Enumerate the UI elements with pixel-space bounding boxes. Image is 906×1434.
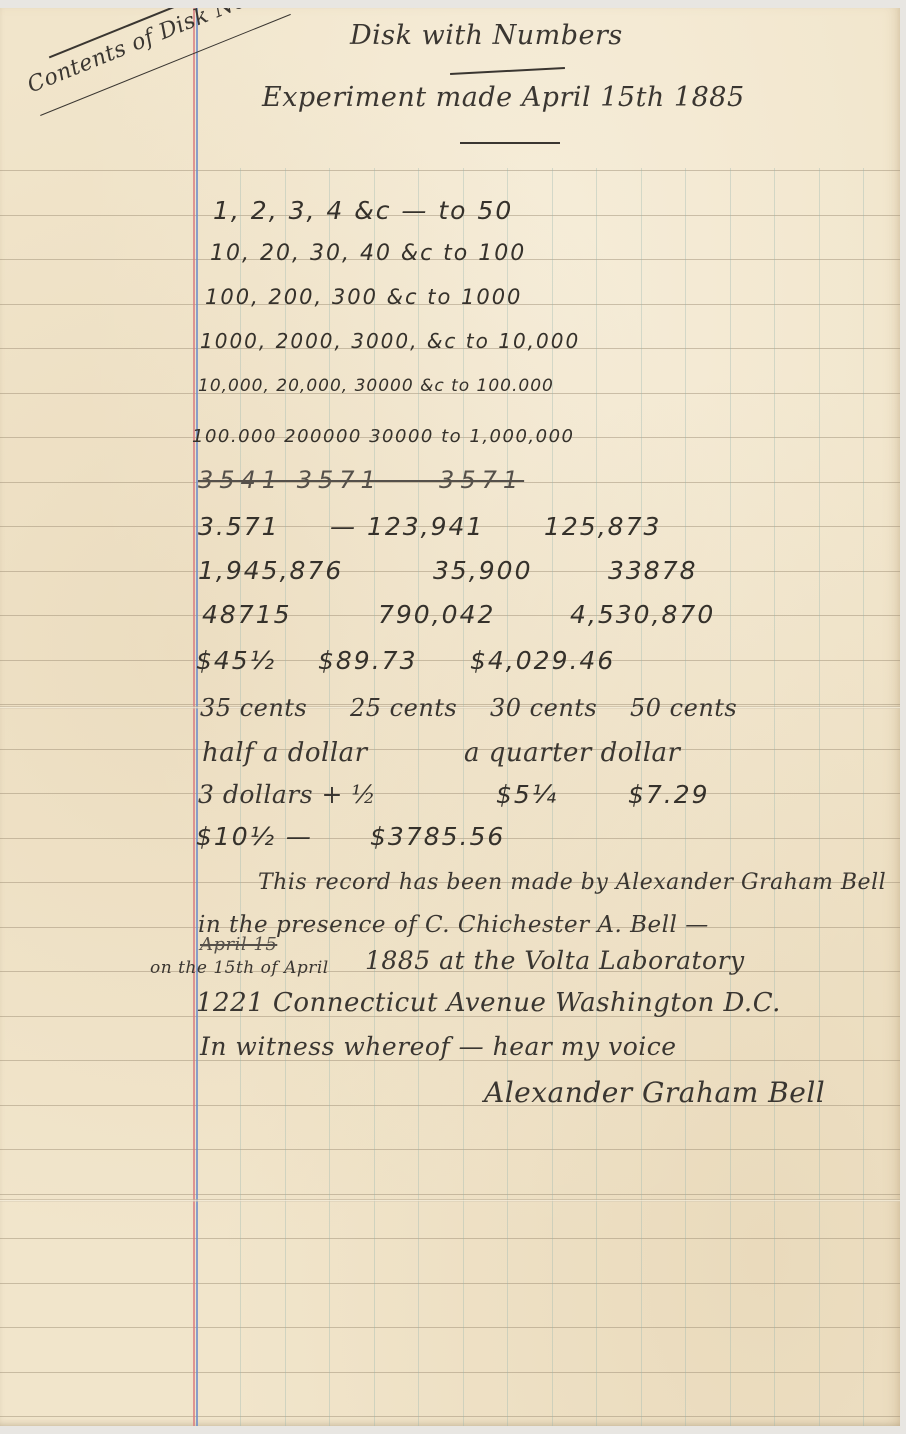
value-cell: $89.73 (318, 646, 417, 675)
paper-fold (0, 1199, 900, 1202)
margin-line-blue (196, 8, 198, 1426)
number-line: 1, 2, 3, 4 &c — to 50 (213, 196, 513, 225)
title-underline (450, 67, 565, 75)
value-cell: 35,900 (433, 556, 532, 585)
ruled-line (0, 1194, 900, 1195)
page-title: Disk with Numbers (350, 20, 623, 51)
grid-line (730, 168, 731, 1426)
attestation-line: 1221 Connecticut Avenue Washington D.C. (196, 988, 781, 1018)
subtitle-underline (460, 142, 560, 144)
value-cell: 48715 (202, 600, 292, 629)
struck-number-line: 3541 3571 — 3571 (198, 466, 524, 494)
value-cell: 50 cents (630, 694, 737, 722)
number-line: 10, 20, 30, 40 &c to 100 (210, 241, 526, 266)
value-cell: $3785.56 (370, 822, 505, 851)
number-line: 1000, 2000, 3000, &c to 10,000 (200, 329, 580, 353)
ruled-line (0, 749, 900, 750)
grid-line (463, 168, 464, 1426)
number-line: 100.000 200000 30000 to 1,000,000 (192, 426, 574, 447)
value-cell: 4,530,870 (570, 600, 715, 629)
value-cell: 790,042 (378, 600, 495, 629)
number-line: 10,000, 20,000, 30000 &c to 100.000 (198, 376, 554, 396)
value-cell: 25 cents (350, 694, 457, 722)
grid-line (819, 168, 820, 1426)
value-cell: 3 dollars + ½ (198, 780, 376, 809)
ruled-line (0, 1372, 900, 1373)
ruled-line (0, 1238, 900, 1239)
value-cell: $45½ (196, 646, 276, 675)
attestation-line: This record has been made by Alexander G… (258, 870, 886, 895)
ruled-line (0, 1416, 900, 1417)
margin-note: Contents of Disk No 1: (24, 8, 278, 98)
ruled-line (0, 793, 900, 794)
ruled-line (0, 170, 900, 171)
margin-line-red (193, 8, 195, 1426)
margin-note-box: Contents of Disk No 1: (23, 8, 288, 109)
signature: Alexander Graham Bell (484, 1076, 825, 1109)
value-cell: 35 cents (200, 694, 307, 722)
grid-line (596, 168, 597, 1426)
grid-line (418, 168, 419, 1426)
attestation-line: 1885 at the Volta Laboratory (365, 946, 745, 975)
value-cell: 125,873 (544, 512, 661, 541)
value-cell: $4,029.46 (470, 646, 615, 675)
ruled-line (0, 1149, 900, 1150)
value-cell: half a dollar (202, 738, 368, 768)
ruled-line (0, 660, 900, 661)
grid-line (774, 168, 775, 1426)
attestation-line: In witness whereof — hear my voice (200, 1032, 677, 1061)
grid-line (863, 168, 864, 1426)
value-cell: $5¼ (496, 780, 558, 809)
attestation-struck-date: April 15 (200, 934, 277, 955)
value-cell: 1,945,876 (198, 556, 343, 585)
attestation-date-insert: on the 15th of April (150, 958, 329, 978)
number-line: 100, 200, 300 &c to 1000 (205, 285, 522, 309)
ruled-line (0, 1283, 900, 1284)
value-cell: $7.29 (628, 780, 710, 809)
ruled-line (0, 1327, 900, 1328)
value-cell: a quarter dollar (464, 738, 680, 768)
value-cell: — 123,941 (330, 512, 484, 541)
page-subtitle: Experiment made April 15th 1885 (262, 82, 745, 113)
manuscript-page: Contents of Disk No 1: Disk with Numbers… (0, 8, 900, 1426)
value-cell: 3.571 (198, 512, 280, 541)
value-cell: 33878 (608, 556, 698, 585)
value-cell: 30 cents (490, 694, 597, 722)
value-cell: $10½ — (196, 822, 313, 851)
